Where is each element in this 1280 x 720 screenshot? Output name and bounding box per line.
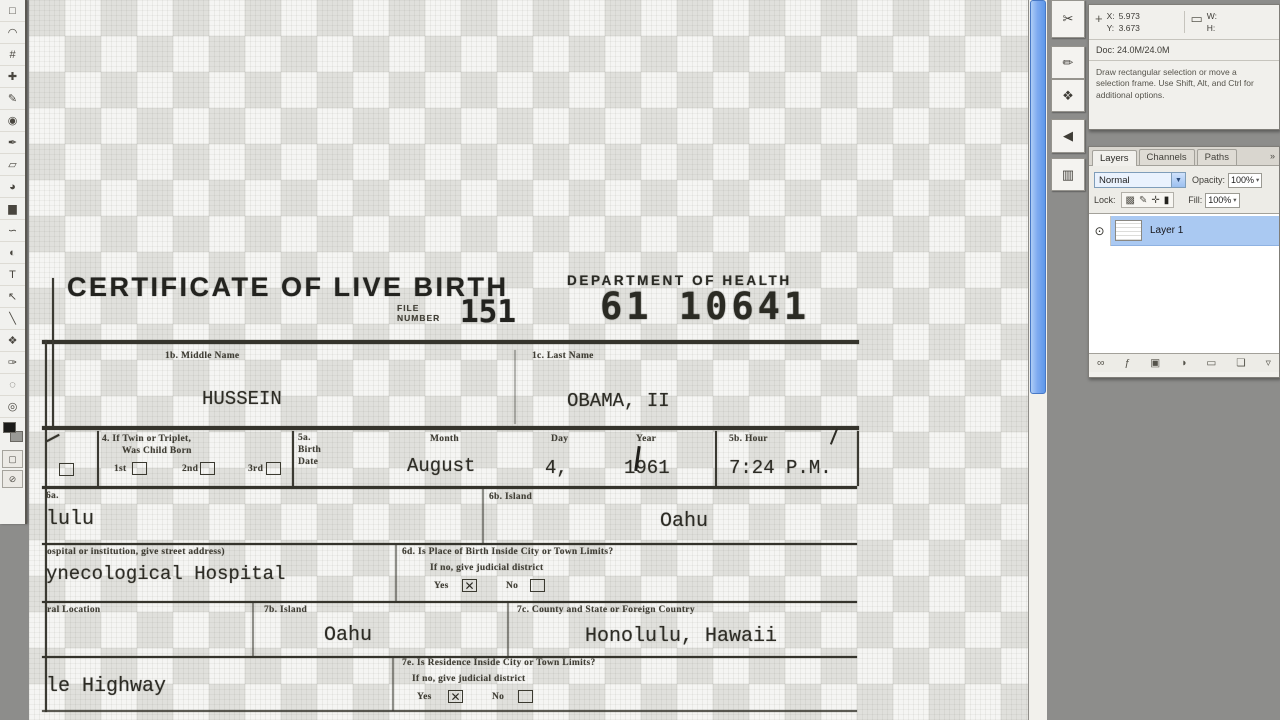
field-5a-label: 5a. [298,433,311,443]
judicial-note-6d: If no, give judicial district [430,563,543,573]
field-6a-label: 6a. [46,491,59,501]
no-label-7e: No [492,692,504,702]
tab-layers[interactable]: Layers [1092,150,1137,166]
lock-position-icon[interactable]: ✛ [1151,195,1159,206]
type-tool[interactable]: T [0,264,25,286]
lock-label: Lock: [1094,195,1116,205]
w-label: W: [1207,11,1217,21]
clone-stamp-tool[interactable]: ◉ [0,110,25,132]
field-6d-label: 6d. Is Place of Birth Inside City or Tow… [402,547,613,557]
form-left-border-inner [52,278,54,428]
healing-brush-tool[interactable]: ✚ [0,66,25,88]
opacity-label: Opacity: [1192,175,1225,185]
row5-divider2 [507,603,509,656]
paint-bucket-tool[interactable]: ◕ [0,176,25,198]
document-canvas[interactable]: CERTIFICATE OF LIVE BIRTH FILE NUMBER 15… [29,0,1028,720]
header-rule [42,340,859,344]
layer-mask-icon[interactable]: ▣ [1150,357,1160,369]
smudge-tool[interactable]: ∽ [0,220,25,242]
county-value: Honolulu, Hawaii [585,625,777,648]
foreground-color-swatch[interactable] [3,422,16,433]
x-label: X: [1107,11,1115,21]
field-1c-label: 1c. Last Name [532,351,594,361]
layer-list: ⊙ Layer 1 [1089,213,1279,353]
row2-v2 [292,431,294,486]
layer-style-icon[interactable]: ƒ [1124,357,1130,369]
file-number-label: FILE [397,303,419,313]
lock-all-icon[interactable]: ▮ [1164,195,1170,206]
fill-label: Fill: [1188,195,1202,205]
selected-layer[interactable]: Layer 1 [1111,216,1279,246]
fill-field[interactable]: 100% ▾ [1205,193,1239,208]
twin-3rd-label: 3rd [248,464,263,474]
vertical-scrollbar[interactable] [1028,0,1047,720]
yes-checkbox-7e: ✕ [448,690,463,703]
day-label: Day [551,434,568,444]
no-checkbox-7e [518,690,533,703]
standard-mode-button[interactable]: ▢ [2,450,23,468]
crop-tool[interactable]: # [0,44,25,66]
row2-v1 [97,431,99,486]
scissors-icon[interactable]: ✂ [1051,0,1085,38]
layers-panel: Layers Channels Paths » Normal ▼ Opacity… [1088,146,1280,378]
speaker-icon[interactable]: ◀ [1051,119,1085,153]
stray-slash-mark [830,428,838,445]
layer-thumbnail [1115,220,1142,241]
registration-number: 61 10641 [600,285,810,328]
opacity-arrow-icon[interactable]: ▾ [1256,176,1259,184]
document-size-readout: Doc: 24.0M/24.0M [1089,42,1279,58]
eye-icon: ⊙ [1094,224,1104,238]
x-value: 5.973 [1119,11,1140,21]
check-mark: ✕ [464,579,474,593]
corner-mark [46,434,59,442]
lasso-tool[interactable]: ◠ [0,22,25,44]
last-name-value: OBAMA, II [567,390,670,412]
brush-tool[interactable]: ✎ [0,88,25,110]
twin-3rd-checkbox [266,462,281,475]
lock-buttons[interactable]: ▩ ✎ ✛ ▮ [1121,192,1175,208]
fill-value: 100% [1208,195,1231,205]
chevron-down-icon[interactable]: ▼ [1171,173,1185,187]
field-4-label2: Was Child Born [122,446,192,456]
pen-tool[interactable]: ✑ [0,352,25,374]
field-7c-label: 7c. County and State or Foreign Country [517,605,695,615]
dodge-tool[interactable]: ◐ [0,242,25,264]
lock-image-icon[interactable]: ✎ [1139,195,1147,206]
tool-hint-text: Draw rectangular selection or move a sel… [1089,63,1279,105]
field-1b-label: 1b. Middle Name [165,351,239,361]
field-5b-label: 5b. Hour [729,434,768,444]
certificate-title: CERTIFICATE OF LIVE BIRTH [67,272,509,303]
hospital-value-partial: ynecological Hospital [46,563,285,585]
row6-bottom-rule [42,710,857,712]
row5-divider1 [252,603,254,656]
judicial-note-7e: If no, give judicial district [412,674,525,684]
path-selection-tool[interactable]: ↖ [0,286,25,308]
info-panel: + X: 5.973 Y: 3.673 ▭ W: H: Doc: 24.0M/2… [1088,4,1280,130]
eraser-tool[interactable]: ▱ [0,154,25,176]
field-4-label: 4. If Twin or Triplet, [102,434,191,444]
scrollbar-thumb[interactable] [1030,0,1046,394]
gradient-tool[interactable]: ▆ [0,198,25,220]
tab-paths[interactable]: Paths [1197,149,1237,165]
yes-checkbox-6d: ✕ [462,579,477,592]
tab-channels[interactable]: Channels [1139,149,1195,165]
rectangle-icon: ▭ [1191,11,1203,33]
file-number-label2: NUMBER [397,313,440,323]
hand-tool[interactable]: ◌ [0,374,25,396]
row4-divider [395,545,397,601]
quick-mask-mode-button[interactable]: ⊘ [2,470,23,488]
field-7a-label: ral Location [47,605,100,615]
custom-shape-tool[interactable]: ❖ [0,330,25,352]
blend-mode-dropdown[interactable]: Normal ▼ [1094,172,1186,188]
line-tool[interactable]: ╲ [0,308,25,330]
blend-mode-value: Normal [1095,175,1171,186]
middle-name-value: HUSSEIN [202,388,282,410]
row2-bottom-rule [42,486,857,489]
check-mark: ✕ [450,690,460,704]
file-number-value: 151 [460,294,516,330]
brushes-icon[interactable]: ✏ [1051,46,1085,79]
row1-bottom-rule [42,426,859,430]
history-brush-tool[interactable]: ✒ [0,132,25,154]
street-value-partial: le Highway [46,675,166,698]
histogram-icon[interactable]: ▥ [1051,158,1085,191]
adjustment-layer-icon[interactable]: ◑ [1180,357,1186,369]
h-label: H: [1207,23,1217,33]
field-7e-label: 7e. Is Residence Inside City or Town Lim… [402,658,596,668]
row3-divider [482,489,484,543]
hour-value: 7:24 P.M. [729,457,832,479]
twin-1st-checkbox [132,462,147,475]
layer-name: Layer 1 [1150,225,1183,236]
yes-label-7e: Yes [417,692,432,702]
twin-2nd-label: 2nd [182,464,198,474]
rectangular-marquee-tool[interactable]: □ [0,0,25,22]
visibility-toggle[interactable]: ⊙ [1089,216,1111,246]
cursor-position-readout: + X: 5.973 Y: 3.673 [1095,11,1178,33]
delete-layer-icon[interactable]: ▿ [1266,357,1271,369]
field-6b-label: 6b. Island [489,492,532,502]
no-label-6d: No [506,581,518,591]
row6-divider [392,658,394,711]
y-label: Y: [1107,23,1115,33]
field-6c-label: ospital or institution, give street addr… [47,547,225,557]
size-readout: ▭ W: H: [1191,11,1274,33]
color-swatches[interactable] [0,418,25,448]
year-value: 1961 [624,457,670,479]
layers-panel-footer: ∞ ƒ ▣ ◑ ▭ ❏ ▿ [1089,353,1279,372]
row1-divider [514,350,516,424]
row2-v3 [715,431,717,486]
field-7b-label: 7b. Island [264,605,307,615]
twin-1st-label: 1st [114,464,127,474]
opacity-value: 100% [1231,175,1254,185]
opacity-field[interactable]: 100% ▾ [1228,173,1262,188]
no-checkbox-6d [530,579,545,592]
zoom-tool[interactable]: ◎ [0,396,25,418]
yes-label-6d: Yes [434,581,449,591]
row2-v4 [857,431,859,486]
field-5a-label3: Date [298,457,318,467]
month-label: Month [430,434,459,444]
row4-bottom-rule [42,601,857,603]
tools-palette: □ ◠ # ✚ ✎ ◉ ✒ ▱ ◕ ▆ ∽ ◐ T ↖ ╲ ❖ ✑ ◌ ◎ ▢ … [0,0,27,524]
field-5a-label2: Birth [298,445,321,455]
photoshop-workspace: CERTIFICATE OF LIVE BIRTH FILE NUMBER 15… [0,0,1280,720]
tool-presets-icon[interactable]: ❖ [1051,79,1085,112]
sex-checkbox [59,463,74,476]
link-layers-icon[interactable]: ∞ [1097,357,1105,369]
fill-arrow-icon[interactable]: ▾ [1233,196,1236,204]
month-value: August [407,455,475,477]
crosshair-icon: + [1095,11,1103,33]
city-value-partial: lulu [46,508,94,531]
island-6b-value: Oahu [660,510,708,533]
year-label: Year [636,434,656,444]
row3-bottom-rule [42,543,857,545]
layers-panel-tabs: Layers Channels Paths » [1089,147,1279,166]
lock-transparency-icon[interactable]: ▩ [1126,195,1135,206]
layer-row[interactable]: ⊙ Layer 1 [1089,216,1279,246]
panel-menu-icon[interactable]: » [1270,151,1275,161]
y-value: 3.673 [1119,23,1140,33]
layer-group-icon[interactable]: ▭ [1206,357,1216,369]
new-layer-icon[interactable]: ❏ [1236,357,1245,369]
twin-2nd-checkbox [200,462,215,475]
day-value: 4, [545,457,568,479]
island-7b-value: Oahu [324,624,372,647]
